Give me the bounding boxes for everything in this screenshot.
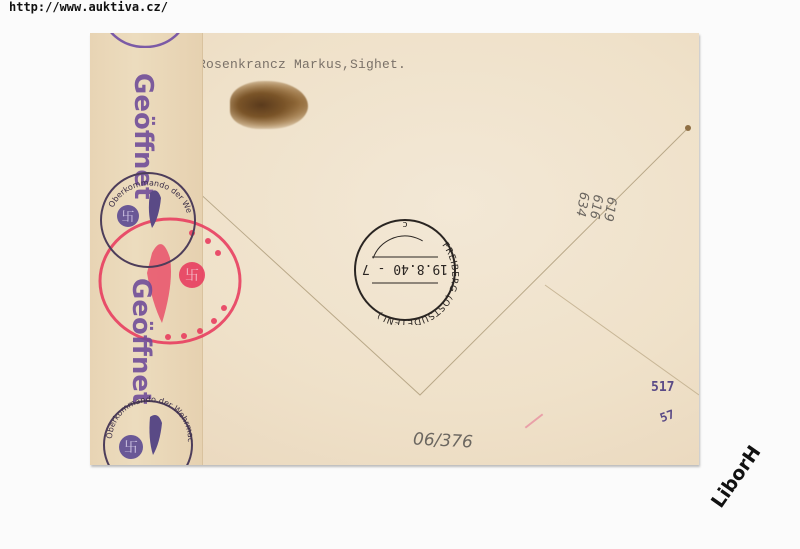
svg-text:Oberkommando der Wehrmacht: Oberkommando der Wehrmacht xyxy=(98,395,195,442)
violet-censor-stamp: 卐 Oberkommando der Wehrmacht xyxy=(95,168,205,278)
envelope-back: Exp.Rosenkrancz Markus,Sighet. Geöffnet … xyxy=(90,33,699,465)
censor-stamp-top-partial xyxy=(100,33,190,48)
watermark-url: http://www.auktiva.cz/ xyxy=(9,0,168,14)
svg-text:c: c xyxy=(402,219,407,229)
watermark-author: LiborH xyxy=(707,442,765,512)
svg-text:卐: 卐 xyxy=(121,210,134,225)
censor-tape-label: Geöffnet xyxy=(126,278,156,404)
svg-text:卐: 卐 xyxy=(124,440,138,456)
pencil-note-bottom: 06/376 xyxy=(413,429,474,452)
svg-text:19.8.40 - 7: 19.8.40 - 7 xyxy=(362,261,448,276)
violet-censor-stamp: 卐 Oberkommando der Wehrmacht xyxy=(98,395,198,465)
violet-number-517: 517 xyxy=(651,380,674,395)
freiberg-postmark: 19.8.40 - 7 c FREIBERG (OSTSUDETENL) xyxy=(350,215,460,325)
stain xyxy=(230,81,308,129)
